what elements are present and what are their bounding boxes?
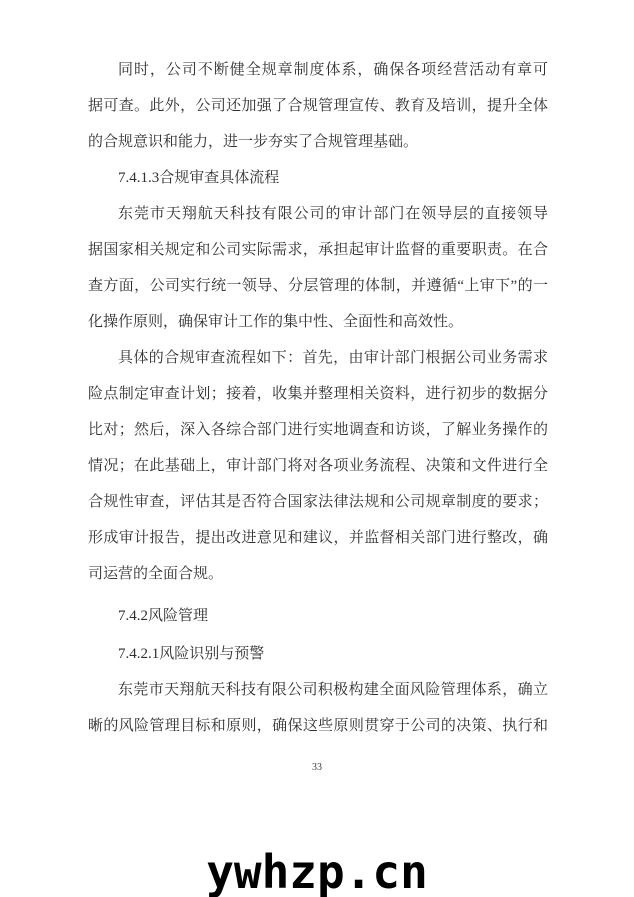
text-line: 险点制定审查计划；接着，收集并整理相关资料，进行初步的数据分析和 — [88, 376, 548, 412]
paragraph-review-process: 具体的合规审查流程如下：首先，由审计部门根据公司业务需求和风 险点制定审查计划；… — [88, 340, 548, 592]
text-line: 查方面，公司实行统一领导、分层管理的体制，并遵循“上审下”的一体 — [88, 268, 548, 304]
text-line: 同时，公司不断健全规章制度体系，确保各项经营活动有章可循、有 — [88, 52, 548, 88]
text-line: 比对；然后，深入各综合部门进行实地调查和访谈，了解业务操作的实际 — [88, 412, 548, 448]
text-line: 合规性审查，评估其是否符合国家法律法规和公司规章制度的要求；最后， — [88, 484, 548, 520]
text-line: 东莞市天翔航天科技有限公司积极构建全面风险管理体系，确立了清 — [88, 672, 548, 708]
text-line: 据可查。此外，公司还加强了合规管理宣传、教育及培训，提升全体员工 — [88, 88, 548, 124]
paragraph-audit-department: 东莞市天翔航天科技有限公司的审计部门在领导层的直接领导下，依 据国家相关规定和公… — [88, 196, 548, 340]
text-line: 形成审计报告，提出改进意见和建议，并监督相关部门进行整改，确保公 — [88, 520, 548, 556]
paragraph-risk-management: 东莞市天翔航天科技有限公司积极构建全面风险管理体系，确立了清 晰的风险管理目标和… — [88, 672, 548, 744]
watermark-text: ywhzp.cn — [0, 849, 634, 895]
text-line: 晰的风险管理目标和原则，确保这些原则贯穿于公司的决策、执行和监督 — [88, 708, 548, 744]
page-number: 33 — [0, 762, 634, 773]
section-heading-7-4-1-3: 7.4.1.3合规审查具体流程 — [88, 160, 548, 196]
paragraph-compliance-system: 同时，公司不断健全规章制度体系，确保各项经营活动有章可循、有 据可查。此外，公司… — [88, 52, 548, 160]
section-heading-7-4-2: 7.4.2风险管理 — [88, 598, 548, 634]
section-heading-7-4-2-1: 7.4.2.1风险识别与预警 — [88, 636, 548, 672]
document-body: 同时，公司不断健全规章制度体系，确保各项经营活动有章可循、有 据可查。此外，公司… — [88, 52, 548, 744]
text-line: 的合规意识和能力，进一步夯实了合规管理基础。 — [88, 124, 548, 160]
text-line: 司运营的全面合规。 — [88, 556, 548, 592]
text-line: 东莞市天翔航天科技有限公司的审计部门在领导层的直接领导下，依 — [88, 196, 548, 232]
text-line: 情况；在此基础上，审计部门将对各项业务流程、决策和文件进行全面的 — [88, 448, 548, 484]
text-line: 化操作原则，确保审计工作的集中性、全面性和高效性。 — [88, 304, 548, 340]
text-line: 具体的合规审查流程如下：首先，由审计部门根据公司业务需求和风 — [88, 340, 548, 376]
text-line: 据国家相关规定和公司实际需求，承担起审计监督的重要职责。在合规审 — [88, 232, 548, 268]
